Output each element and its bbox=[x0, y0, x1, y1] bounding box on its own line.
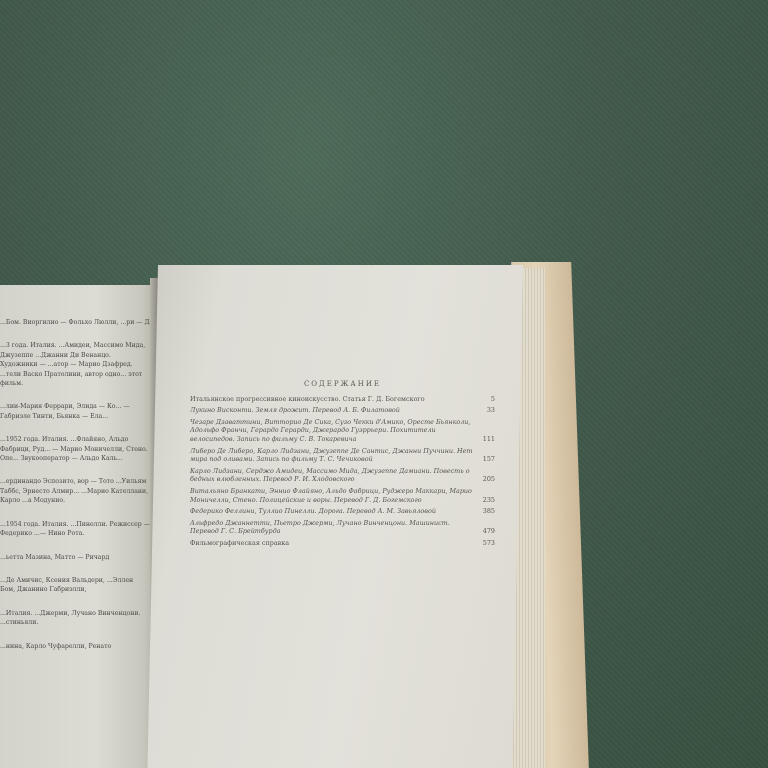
toc-entry-page: 5 bbox=[473, 395, 495, 404]
toc-entry-text: Альфредо Джаннетти, Пьетро Джерми, Лучан… bbox=[190, 519, 473, 536]
toc-entry: Федерико Феллини, Туллио Пинелли. Дорога… bbox=[190, 507, 495, 516]
contents-page: СОДЕРЖАНИЕ Итальянское прогрессивное кин… bbox=[190, 380, 495, 551]
toc-entry: Витальяно Бранкати, Эннио Флайяно, Альдо… bbox=[190, 487, 495, 504]
left-block: ...нина, Карло Чуфарелли, Ренато bbox=[0, 642, 150, 651]
left-block: ...3 года. Италия. ...Амидеи, Массимо Ми… bbox=[0, 341, 150, 388]
toc-entry-page: 157 bbox=[473, 455, 495, 464]
left-block: ...ердинандо Эспозито, вор — Тото ...Уил… bbox=[0, 477, 150, 505]
toc-entry: Альфредо Джаннетти, Пьетро Джерми, Лучан… bbox=[190, 519, 495, 536]
toc-entry-page: 385 bbox=[473, 507, 495, 516]
toc-entry-page: 33 bbox=[473, 406, 495, 415]
toc-entry-text: Чезаре Дзаваттини, Витторио Де Сика, Суз… bbox=[190, 418, 473, 444]
toc-entry-text: Федерико Феллини, Туллио Пинелли. Дорога… bbox=[190, 507, 473, 516]
toc-entry: Карло Лидзани, Серджо Амидеи, Массимо Ми… bbox=[190, 467, 495, 484]
toc-entry-text: Фильмографическая справка bbox=[190, 539, 473, 548]
toc-entry-page: 205 bbox=[473, 475, 495, 484]
toc-entry-text: Итальянское прогрессивное киноискусство.… bbox=[190, 395, 473, 404]
left-block: ...лии-Мария Феррари, Элида — Ко... — Га… bbox=[0, 402, 150, 421]
toc-entry-text: Либеро Де Либеро, Карло Лидзани, Джузепп… bbox=[190, 447, 473, 464]
toc-entry: Фильмографическая справка 573 bbox=[190, 539, 495, 548]
toc-entry-page: 111 bbox=[473, 435, 495, 444]
contents-heading: СОДЕРЖАНИЕ bbox=[190, 380, 495, 389]
toc-entry-page: 235 bbox=[473, 496, 495, 505]
toc-entry-page: 479 bbox=[473, 527, 495, 536]
left-block: ...1952 года. Италия. ...Флайяно, Альдо … bbox=[0, 435, 150, 463]
left-block: ...1954 года. Италия. ...Пинелли. Режисс… bbox=[0, 520, 150, 539]
left-block: ...Де Амичис, Ксения Вальдери, ...Эллен … bbox=[0, 576, 150, 595]
toc-entry: Чезаре Дзаваттини, Витторио Де Сика, Суз… bbox=[190, 418, 495, 444]
toc-entry: Либеро Де Либеро, Карло Лидзани, Джузепп… bbox=[190, 447, 495, 464]
toc-entry-page: 573 bbox=[473, 539, 495, 548]
left-block: ...Бом. Виоргилио — Фольхо Люлли, ...ри … bbox=[0, 318, 150, 327]
toc-entry-text: Лукино Висконти. Земля дрожит. Перевод А… bbox=[190, 406, 473, 415]
toc-entry: Итальянское прогрессивное киноискусство.… bbox=[190, 395, 495, 404]
left-block: ...ьетта Мазина, Матто — Ричард bbox=[0, 553, 150, 562]
left-block: ...Италия. ...Джерми, Лучано Винченцони.… bbox=[0, 609, 150, 628]
left-page-text: ...Бом. Виоргилио — Фольхо Люлли, ...ри … bbox=[0, 318, 150, 665]
toc-entry-text: Карло Лидзани, Серджо Амидеи, Массимо Ми… bbox=[190, 467, 473, 484]
toc-entry-text: Витальяно Бранкати, Эннио Флайяно, Альдо… bbox=[190, 487, 473, 504]
toc-entry: Лукино Висконти. Земля дрожит. Перевод А… bbox=[190, 406, 495, 415]
